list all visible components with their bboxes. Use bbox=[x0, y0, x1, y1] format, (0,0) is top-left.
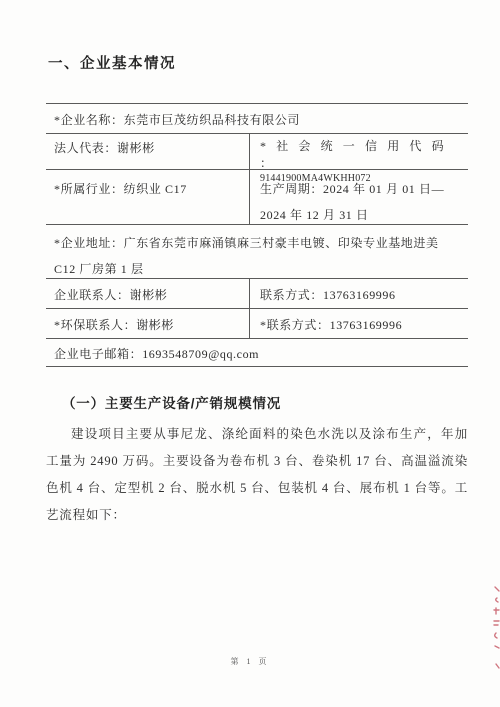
company-address-cell: *企业地址：广东省东莞市麻涌镇麻三村豪丰电镀、印染专业基地进美 C12 厂房第 … bbox=[46, 225, 468, 278]
table-row-legal-rep: 法人代表：谢彬彬 * 社 会 统 一 信 用 代 码 ： 91441900MA4… bbox=[46, 134, 468, 170]
company-contact-cell: 企业联系人：谢彬彬 bbox=[46, 279, 250, 308]
page-content: 一、企业基本情况 *企业名称：东莞市巨茂纺织品科技有限公司 法人代表：谢彬彬 *… bbox=[0, 0, 500, 529]
red-ink-marks bbox=[488, 584, 500, 676]
section-heading: （一）主要生产设备/产销规模情况 bbox=[62, 392, 468, 412]
table-row-env-contact: *环保联系人：谢彬彬 *联系方式：13763169996 bbox=[46, 309, 468, 339]
industry-cell: *所属行业：纺织业 C17 bbox=[46, 170, 250, 224]
table-row-company-contact: 企业联系人：谢彬彬 联系方式：13763169996 bbox=[46, 279, 468, 309]
table-row-industry: *所属行业：纺织业 C17 生产周期：2024 年 01 月 01 日—2024… bbox=[46, 170, 468, 225]
credit-code-cell: * 社 会 统 一 信 用 代 码 ： 91441900MA4WKHH072 bbox=[250, 134, 468, 169]
company-info-table: *企业名称：东莞市巨茂纺织品科技有限公司 法人代表：谢彬彬 * 社 会 统 一 … bbox=[46, 103, 468, 367]
table-row-email: 企业电子邮箱：1693548709@qq.com bbox=[46, 339, 468, 367]
production-period-cell: 生产周期：2024 年 01 月 01 日—2024 年 12 月 31 日 bbox=[250, 170, 468, 224]
document-page: 一、企业基本情况 *企业名称：东莞市巨茂纺织品科技有限公司 法人代表：谢彬彬 *… bbox=[0, 0, 500, 707]
table-row-company-name: *企业名称：东莞市巨茂纺织品科技有限公司 bbox=[46, 104, 468, 134]
page-title: 一、企业基本情况 bbox=[48, 52, 468, 73]
table-row-address: *企业地址：广东省东莞市麻涌镇麻三村豪丰电镀、印染专业基地进美 C12 厂房第 … bbox=[46, 225, 468, 279]
page-number: 第 1 页 bbox=[0, 656, 500, 667]
credit-code-label: * 社 会 统 一 信 用 代 码 ： bbox=[260, 138, 460, 172]
company-name-cell: *企业名称：东莞市巨茂纺织品科技有限公司 bbox=[46, 104, 308, 133]
env-contact-cell: *环保联系人：谢彬彬 bbox=[46, 309, 250, 338]
legal-representative-cell: 法人代表：谢彬彬 bbox=[46, 134, 250, 169]
company-email-cell: 企业电子邮箱：1693548709@qq.com bbox=[46, 339, 267, 366]
body-paragraph: 建设项目主要从事尼龙、涤纶面料的染色水洗以及涂布生产，年加工量为 2490 万码… bbox=[46, 421, 468, 529]
company-contact-phone-cell: 联系方式：13763169996 bbox=[250, 279, 468, 308]
env-contact-phone-cell: *联系方式：13763169996 bbox=[250, 309, 468, 338]
